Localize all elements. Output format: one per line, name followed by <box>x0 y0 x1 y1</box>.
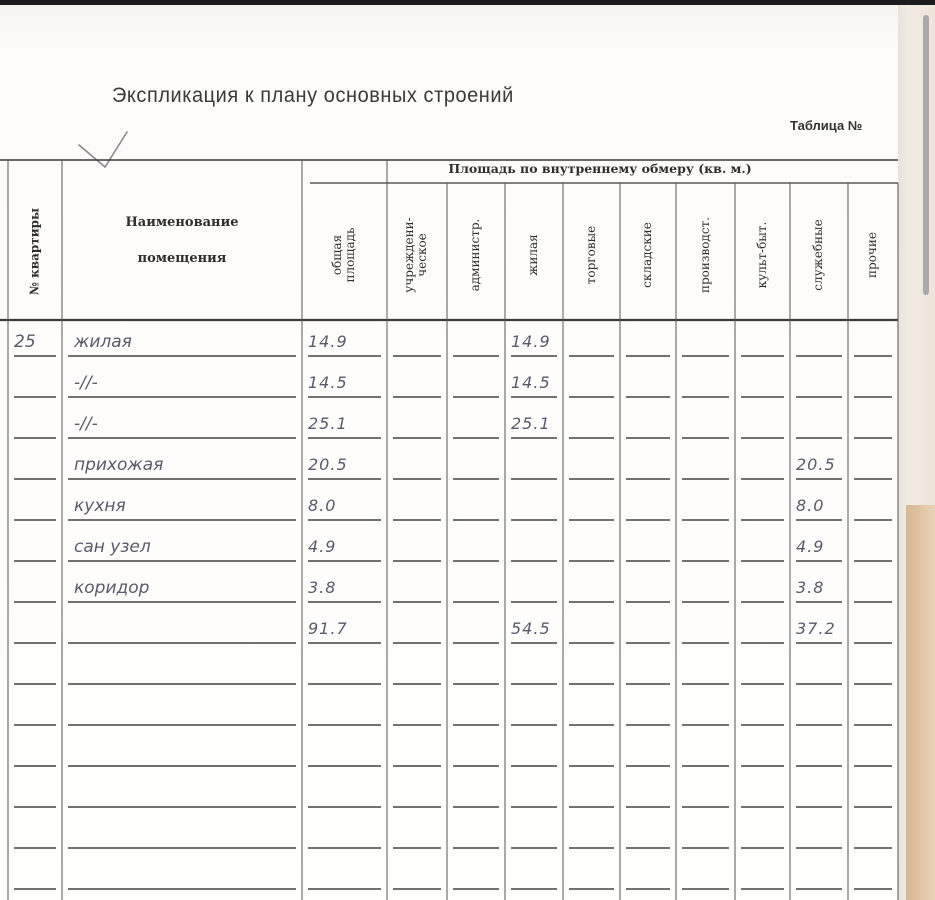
cell-auxiliary: 20.5 <box>796 455 836 474</box>
header-admin: администр. <box>469 195 483 315</box>
header-other-line1: прочие <box>866 195 879 315</box>
header-other: прочие <box>866 195 880 315</box>
cell-name: жилая <box>74 332 132 352</box>
header-admin-line1: администр. <box>469 195 482 315</box>
cell-apartment: 25 <box>14 332 36 352</box>
header-living-line1: жилая <box>527 195 540 315</box>
header-institutional: учреждени-ческое <box>403 195 431 315</box>
cell-name: сан узел <box>74 537 151 557</box>
cell-name: -//- <box>74 414 98 434</box>
header-total-line2: площадь <box>344 195 357 315</box>
header-cultural: культ-быт. <box>756 195 770 315</box>
cell-living: 14.5 <box>511 373 551 392</box>
header-auxiliary-line1: служебные <box>812 195 825 315</box>
header-trade-line1: торговые <box>585 195 598 315</box>
explication-table-grid <box>0 0 935 900</box>
cell-total: 25.1 <box>308 414 348 433</box>
header-institutional-line2: ческое <box>416 195 429 315</box>
header-auxiliary: служебные <box>812 195 826 315</box>
header-total-line1: общая <box>331 195 344 315</box>
header-apartment-no: № квартиры <box>29 192 42 312</box>
header-cultural-line1: культ-быт. <box>756 195 769 315</box>
cell-auxiliary: 8.0 <box>796 496 824 515</box>
cell-auxiliary: 4.9 <box>796 537 824 556</box>
cell-living: 54.5 <box>511 619 551 638</box>
cell-total: 4.9 <box>308 537 336 556</box>
header-storage: складские <box>641 195 655 315</box>
cell-total: 20.5 <box>308 455 348 474</box>
header-storage-line1: складские <box>641 195 654 315</box>
header-total: общаяплощадь <box>331 195 359 315</box>
cell-auxiliary: 37.2 <box>796 619 836 638</box>
cell-name: коридор <box>74 578 149 598</box>
cell-total: 8.0 <box>308 496 336 515</box>
cell-name: прихожая <box>74 455 163 475</box>
cell-total: 91.7 <box>308 619 348 638</box>
header-production: производст. <box>699 195 713 315</box>
cell-name: -//- <box>74 373 98 393</box>
cell-auxiliary: 3.8 <box>796 578 824 597</box>
cell-total: 14.9 <box>308 332 348 351</box>
cell-total: 14.5 <box>308 373 348 392</box>
cell-total: 3.8 <box>308 578 336 597</box>
header-trade: торговые <box>585 195 599 315</box>
header-area-group: Площадь по внутреннему обмеру (кв. м.) <box>302 152 898 186</box>
cell-living: 14.9 <box>511 332 551 351</box>
header-living: жилая <box>527 195 541 315</box>
cell-living: 25.1 <box>511 414 551 433</box>
cell-name: кухня <box>74 496 126 516</box>
header-production-line1: производст. <box>699 195 712 315</box>
header-room-name-line2: помещения <box>62 241 302 277</box>
header-room-name-line1: Наименование <box>62 205 302 241</box>
header-room-name: Наименование помещения <box>62 205 302 277</box>
